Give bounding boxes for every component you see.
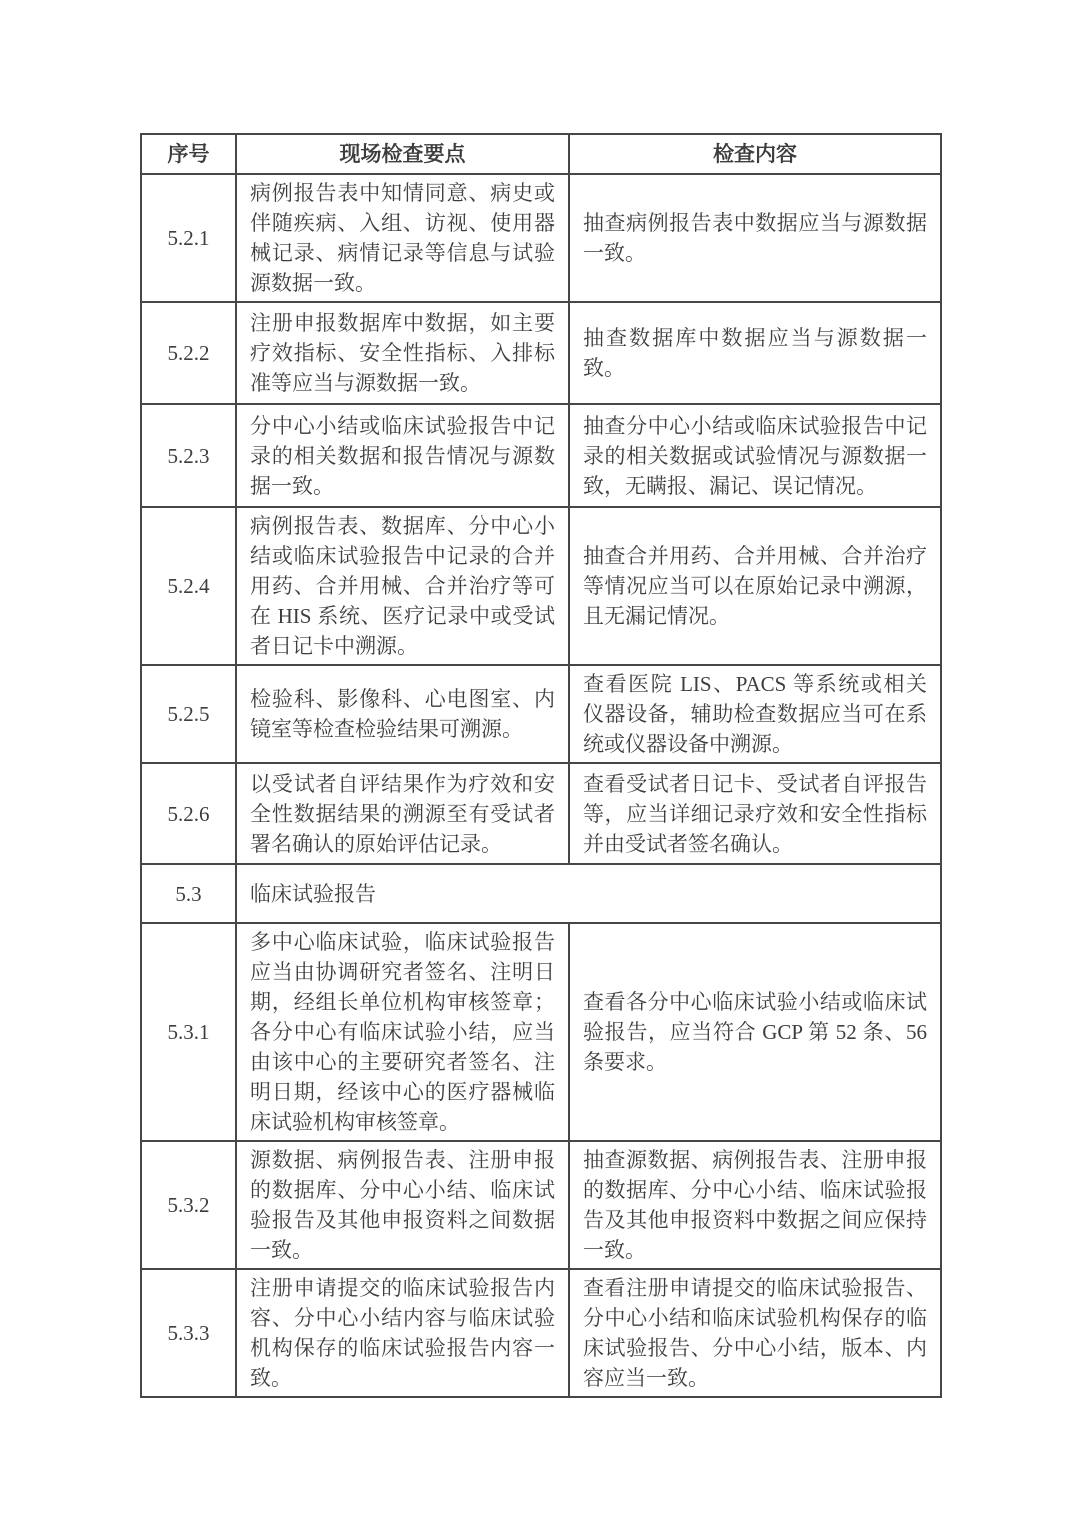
row-point: 检验科、影像科、心电图室、内镜室等检查检验结果可溯源。 [236,665,569,763]
row-point: 病例报告表、数据库、分中心小结或临床试验报告中记录的合并用药、合并用械、合并治疗… [236,507,569,665]
row-point: 注册申请提交的临床试验报告内容、分中心小结内容与临床试验机构保存的临床试验报告内… [236,1269,569,1397]
row-id: 5.2.5 [141,665,236,763]
header-point: 现场检查要点 [236,134,569,174]
table-row: 5.3.2 源数据、病例报告表、注册申报的数据库、分中心小结、临床试验报告及其他… [141,1141,941,1269]
row-id: 5.2.6 [141,763,236,864]
row-content: 查看各分中心临床试验小结或临床试验报告，应当符合 GCP 第 52 条、56 条… [569,923,941,1141]
row-id: 5.3.3 [141,1269,236,1397]
row-content: 抽查合并用药、合并用械、合并治疗等情况应当可以在原始记录中溯源，且无漏记情况。 [569,507,941,665]
table-section-row: 5.3 临床试验报告 [141,864,941,923]
row-id: 5.3 [141,864,236,923]
row-id: 5.2.1 [141,174,236,302]
table-header-row: 序号 现场检查要点 检查内容 [141,134,941,174]
row-content: 抽查源数据、病例报告表、注册申报的数据库、分中心小结、临床试验报告及其他申报资料… [569,1141,941,1269]
table-row: 5.2.6 以受试者自评结果作为疗效和安全性数据结果的溯源至有受试者署名确认的原… [141,763,941,864]
row-id: 5.2.4 [141,507,236,665]
row-content: 抽查病例报告表中数据应当与源数据一致。 [569,174,941,302]
table-row: 5.3.3 注册申请提交的临床试验报告内容、分中心小结内容与临床试验机构保存的临… [141,1269,941,1397]
table-row: 5.3.1 多中心临床试验，临床试验报告应当由协调研究者签名、注明日期，经组长单… [141,923,941,1141]
inspection-table: 序号 现场检查要点 检查内容 5.2.1 病例报告表中知情同意、病史或伴随疾病、… [140,133,942,1398]
table-row: 5.2.3 分中心小结或临床试验报告中记录的相关数据和报告情况与源数据一致。 抽… [141,404,941,507]
document-page: 序号 现场检查要点 检查内容 5.2.1 病例报告表中知情同意、病史或伴随疾病、… [0,0,1080,1527]
section-title: 临床试验报告 [236,864,941,923]
row-content: 抽查数据库中数据应当与源数据一致。 [569,302,941,404]
row-id: 5.2.3 [141,404,236,507]
table-row: 5.2.5 检验科、影像科、心电图室、内镜室等检查检验结果可溯源。 查看医院 L… [141,665,941,763]
row-point: 源数据、病例报告表、注册申报的数据库、分中心小结、临床试验报告及其他申报资料之间… [236,1141,569,1269]
row-point: 注册申报数据库中数据，如主要疗效指标、安全性指标、入排标准等应当与源数据一致。 [236,302,569,404]
header-id: 序号 [141,134,236,174]
row-content: 查看受试者日记卡、受试者自评报告等，应当详细记录疗效和安全性指标并由受试者签名确… [569,763,941,864]
table-row: 5.2.1 病例报告表中知情同意、病史或伴随疾病、入组、访视、使用器械记录、病情… [141,174,941,302]
row-id: 5.2.2 [141,302,236,404]
row-id: 5.3.2 [141,1141,236,1269]
row-point: 多中心临床试验，临床试验报告应当由协调研究者签名、注明日期，经组长单位机构审核签… [236,923,569,1141]
row-point: 以受试者自评结果作为疗效和安全性数据结果的溯源至有受试者署名确认的原始评估记录。 [236,763,569,864]
table-row: 5.2.4 病例报告表、数据库、分中心小结或临床试验报告中记录的合并用药、合并用… [141,507,941,665]
row-point: 病例报告表中知情同意、病史或伴随疾病、入组、访视、使用器械记录、病情记录等信息与… [236,174,569,302]
row-content: 查看医院 LIS、PACS 等系统或相关仪器设备，辅助检查数据应当可在系统或仪器… [569,665,941,763]
row-content: 查看注册申请提交的临床试验报告、分中心小结和临床试验机构保存的临床试验报告、分中… [569,1269,941,1397]
row-point: 分中心小结或临床试验报告中记录的相关数据和报告情况与源数据一致。 [236,404,569,507]
header-content: 检查内容 [569,134,941,174]
row-id: 5.3.1 [141,923,236,1141]
table-row: 5.2.2 注册申报数据库中数据，如主要疗效指标、安全性指标、入排标准等应当与源… [141,302,941,404]
row-content: 抽查分中心小结或临床试验报告中记录的相关数据或试验情况与源数据一致，无瞒报、漏记… [569,404,941,507]
